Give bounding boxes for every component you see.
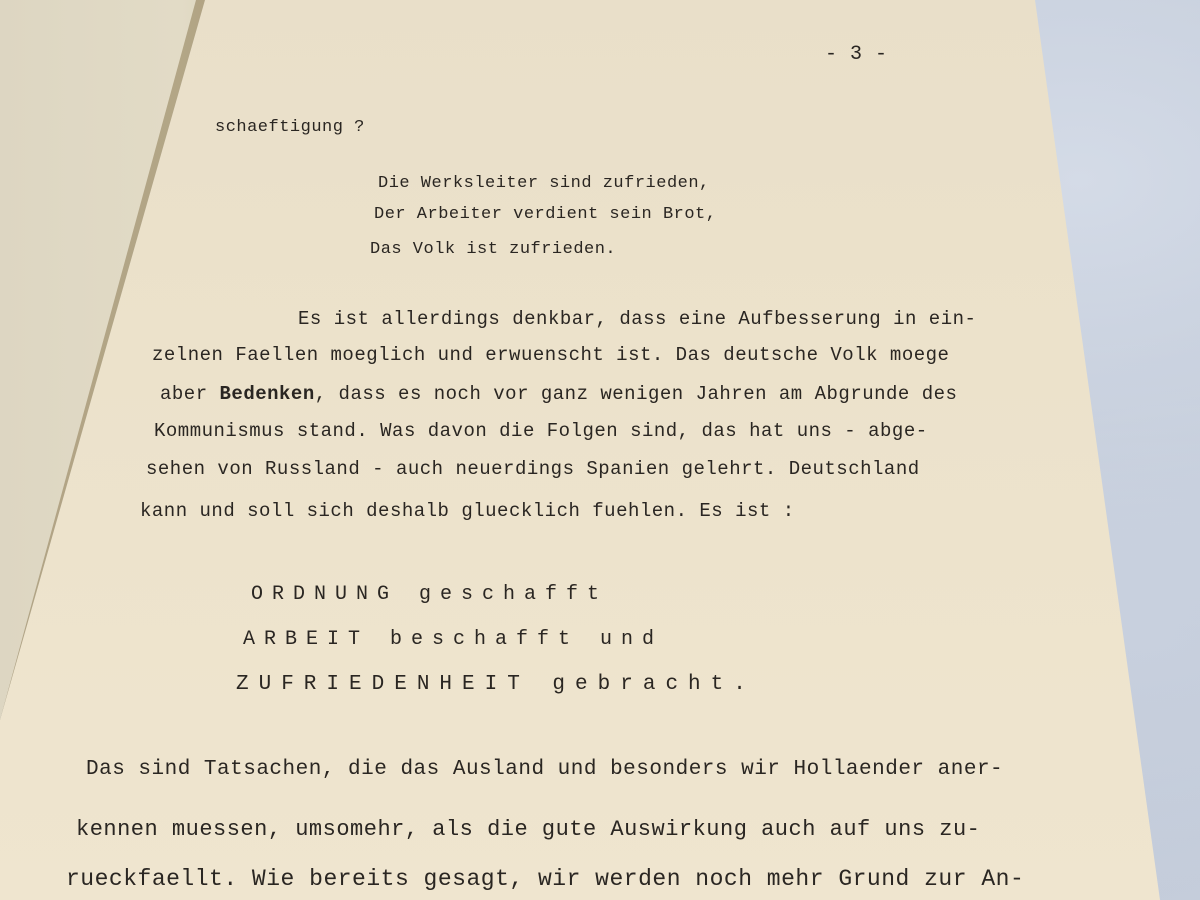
page-number: - 3 - [825, 43, 888, 66]
paragraph-line: zelnen Faellen moeglich und erwuenscht i… [152, 344, 949, 366]
paragraph-line: Das sind Tatsachen, die das Ausland und … [86, 758, 1003, 781]
typewritten-page: - 3 - schaeftigung ? Die Werksleiter sin… [0, 0, 1200, 900]
slogan-line: ZUFRIEDENHEIT gebracht. [236, 673, 756, 696]
paragraph-text: aber [160, 383, 220, 405]
continuation-line: schaeftigung ? [215, 118, 365, 137]
paragraph-line: sehen von Russland - auch neuerdings Spa… [146, 458, 920, 480]
paragraph-line: kennen muessen, umsomehr, als die gute A… [76, 817, 980, 842]
verse-line: Das Volk ist zufrieden. [370, 240, 616, 259]
paragraph-line: kann und soll sich deshalb gluecklich fu… [140, 500, 795, 522]
paragraph-text: , dass es noch vor ganz wenigen Jahren a… [315, 383, 958, 405]
verse-line: Der Arbeiter verdient sein Brot, [374, 205, 716, 224]
paragraph-line: rueckfaellt. Wie bereits gesagt, wir wer… [66, 866, 1024, 892]
paragraph-line: Es ist allerdings denkbar, dass eine Auf… [298, 308, 976, 330]
slogan-line: ARBEIT beschafft und [243, 628, 663, 651]
paragraph-line: Kommunismus stand. Was davon die Folgen … [154, 420, 928, 442]
verse-line: Die Werksleiter sind zufrieden, [378, 174, 710, 193]
emphasized-word: Bedenken [220, 383, 315, 405]
paragraph-line: aber Bedenken, dass es noch vor ganz wen… [160, 383, 957, 405]
slogan-line: ORDNUNG geschafft [251, 583, 608, 606]
